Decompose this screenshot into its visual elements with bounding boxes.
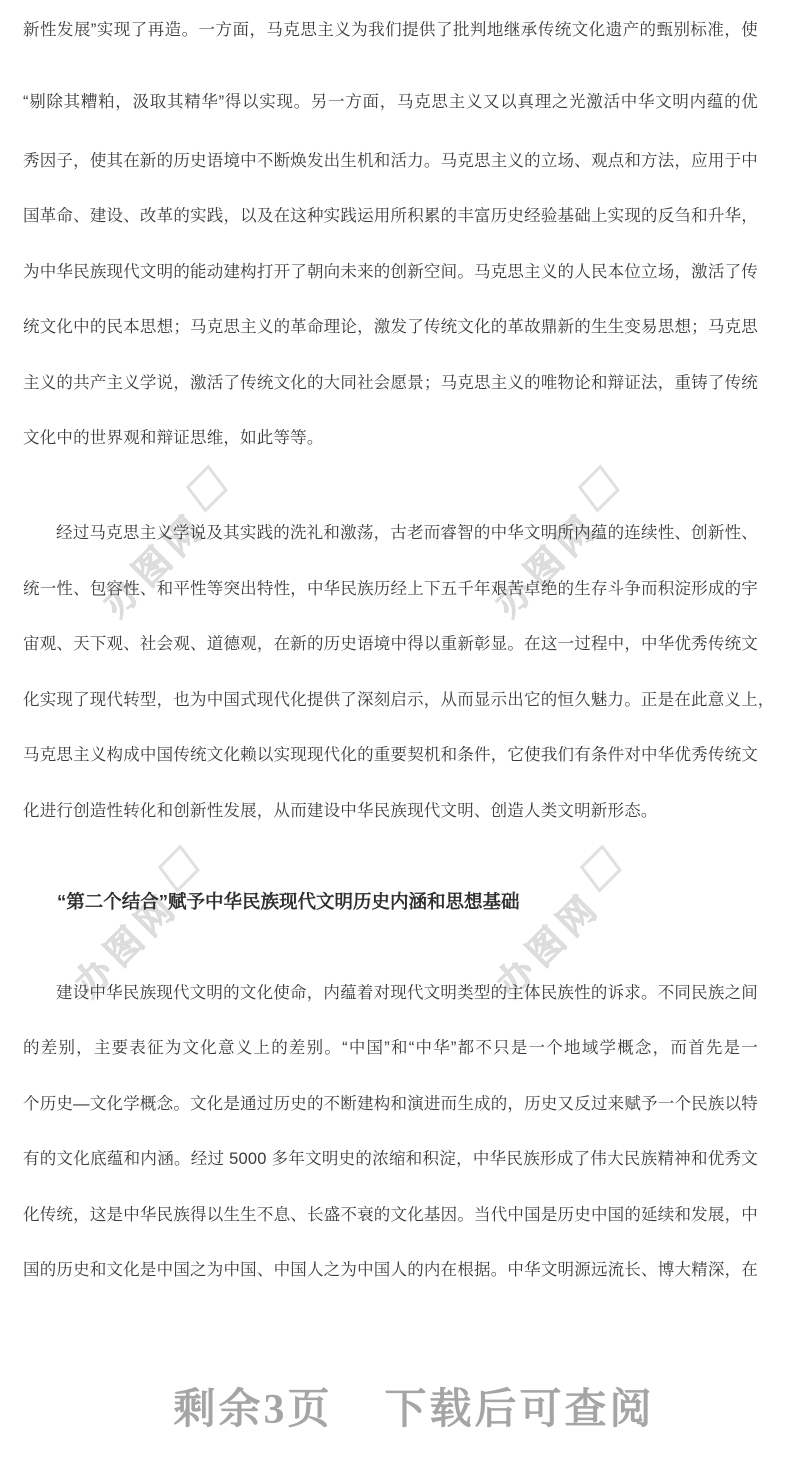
text-line: “剔除其糟粕，汲取其精华”得以实现。另一方面，马克思主义又以真理之光激活中华文明… [23,90,758,115]
text-line: 国革命、建设、改革的实践，以及在这种实践运用所积累的丰富历史经验基础上实现的反刍… [23,204,758,229]
text-line: 化实现了现代转型，也为中国式现代化提供了深刻启示，从而显示出它的恒久魅力。正是在… [23,688,758,713]
text-line: 个历史—文化学概念。文化是通过历史的不断建构和演进而生成的，历史又反过来赋予一个… [23,1092,758,1117]
text-line: 经过马克思主义学说及其实践的洗礼和激荡，古老而睿智的中华文明所内蕴的连续性、创新… [23,521,758,546]
text-line: 文化中的世界观和辩证思维，如此等等。 [23,426,758,451]
diamond-logo-icon [186,464,228,512]
text-line: 有的文化底蕴和内涵。经过 5000 多年文明史的浓缩和积淀，中华民族形成了伟大民… [23,1147,758,1172]
text-line: 化传统，这是中华民族得以生生不息、长盛不衰的文化基因。当代中国是历史中国的延续和… [23,1203,758,1228]
diamond-logo-icon [580,844,622,892]
text-line: 为中华民族现代文明的能动建构打开了朝向未来的创新空间。马克思主义的人民本位立场，… [23,260,758,285]
watermark-brand-text: 办图网 [482,499,609,626]
text-line: 化进行创造性转化和创新性发展，从而建设中华民族现代文明、创造人类文明新形态。 [23,799,758,824]
section-heading: “第二个结合”赋予中华民族现代文明历史内涵和思想基础 [57,889,757,915]
diamond-logo-icon [578,464,620,512]
text-line: 新性发展”实现了再造。一方面，马克思主义为我们提供了批判地继承传统文化遗产的甄别… [23,18,758,43]
download-hint-text: 下载后可查阅 [385,1387,655,1433]
text-line: 宙观、天下观、社会观、道德观，在新的历史语境中得以重新彰显。在这一过程中，中华优… [23,632,758,657]
text-line: 国的历史和文化是中国之为中国、中国人之为中国人的内在根据。中华文明源远流长、博大… [23,1258,758,1283]
brand-watermark: 办图网 [482,470,639,627]
text-line: 秀因子，使其在新的历史语境中不断焕发出生机和活力。马克思主义的立场、观点和方法，… [23,149,758,174]
text-line: 主义的共产主义学说，激活了传统文化的大同社会愿景；马克思主义的唯物论和辩证法，重… [23,371,758,396]
text-line: 统文化中的民本思想；马克思主义的革命理论，激发了传统文化的革故鼎新的生生变易思想… [23,315,758,340]
diamond-logo-icon [158,844,200,892]
text-line: 建设中华民族现代文明的文化使命，内蕴着对现代文明类型的主体民族性的诉求。不同民族… [23,981,758,1006]
pages-remaining-notice: 剩余3页下载后可查阅 [14,1376,800,1436]
text-line: 的差别，主要表征为文化意义上的差别。“中国”和“中华”都不只是一个地域学概念，而… [23,1036,758,1061]
text-line: 统一性、包容性、和平性等突出特性，中华民族历经上下五千年艰苦卓绝的生存斗争而积淀… [23,577,758,602]
watermark-brand-text: 办图网 [90,499,217,626]
document-preview-page: 办图网 办图网 办图网 办图网 新性发展”实现了再造。一方面，马克思主义为我们提… [0,0,800,1481]
brand-watermark: 办图网 [90,470,247,627]
remaining-pages-text: 剩余3页 [173,1387,332,1433]
text-line: 马克思主义构成中国传统文化赖以实现现代化的重要契机和条件，它使我们有条件对中华优… [23,743,758,768]
